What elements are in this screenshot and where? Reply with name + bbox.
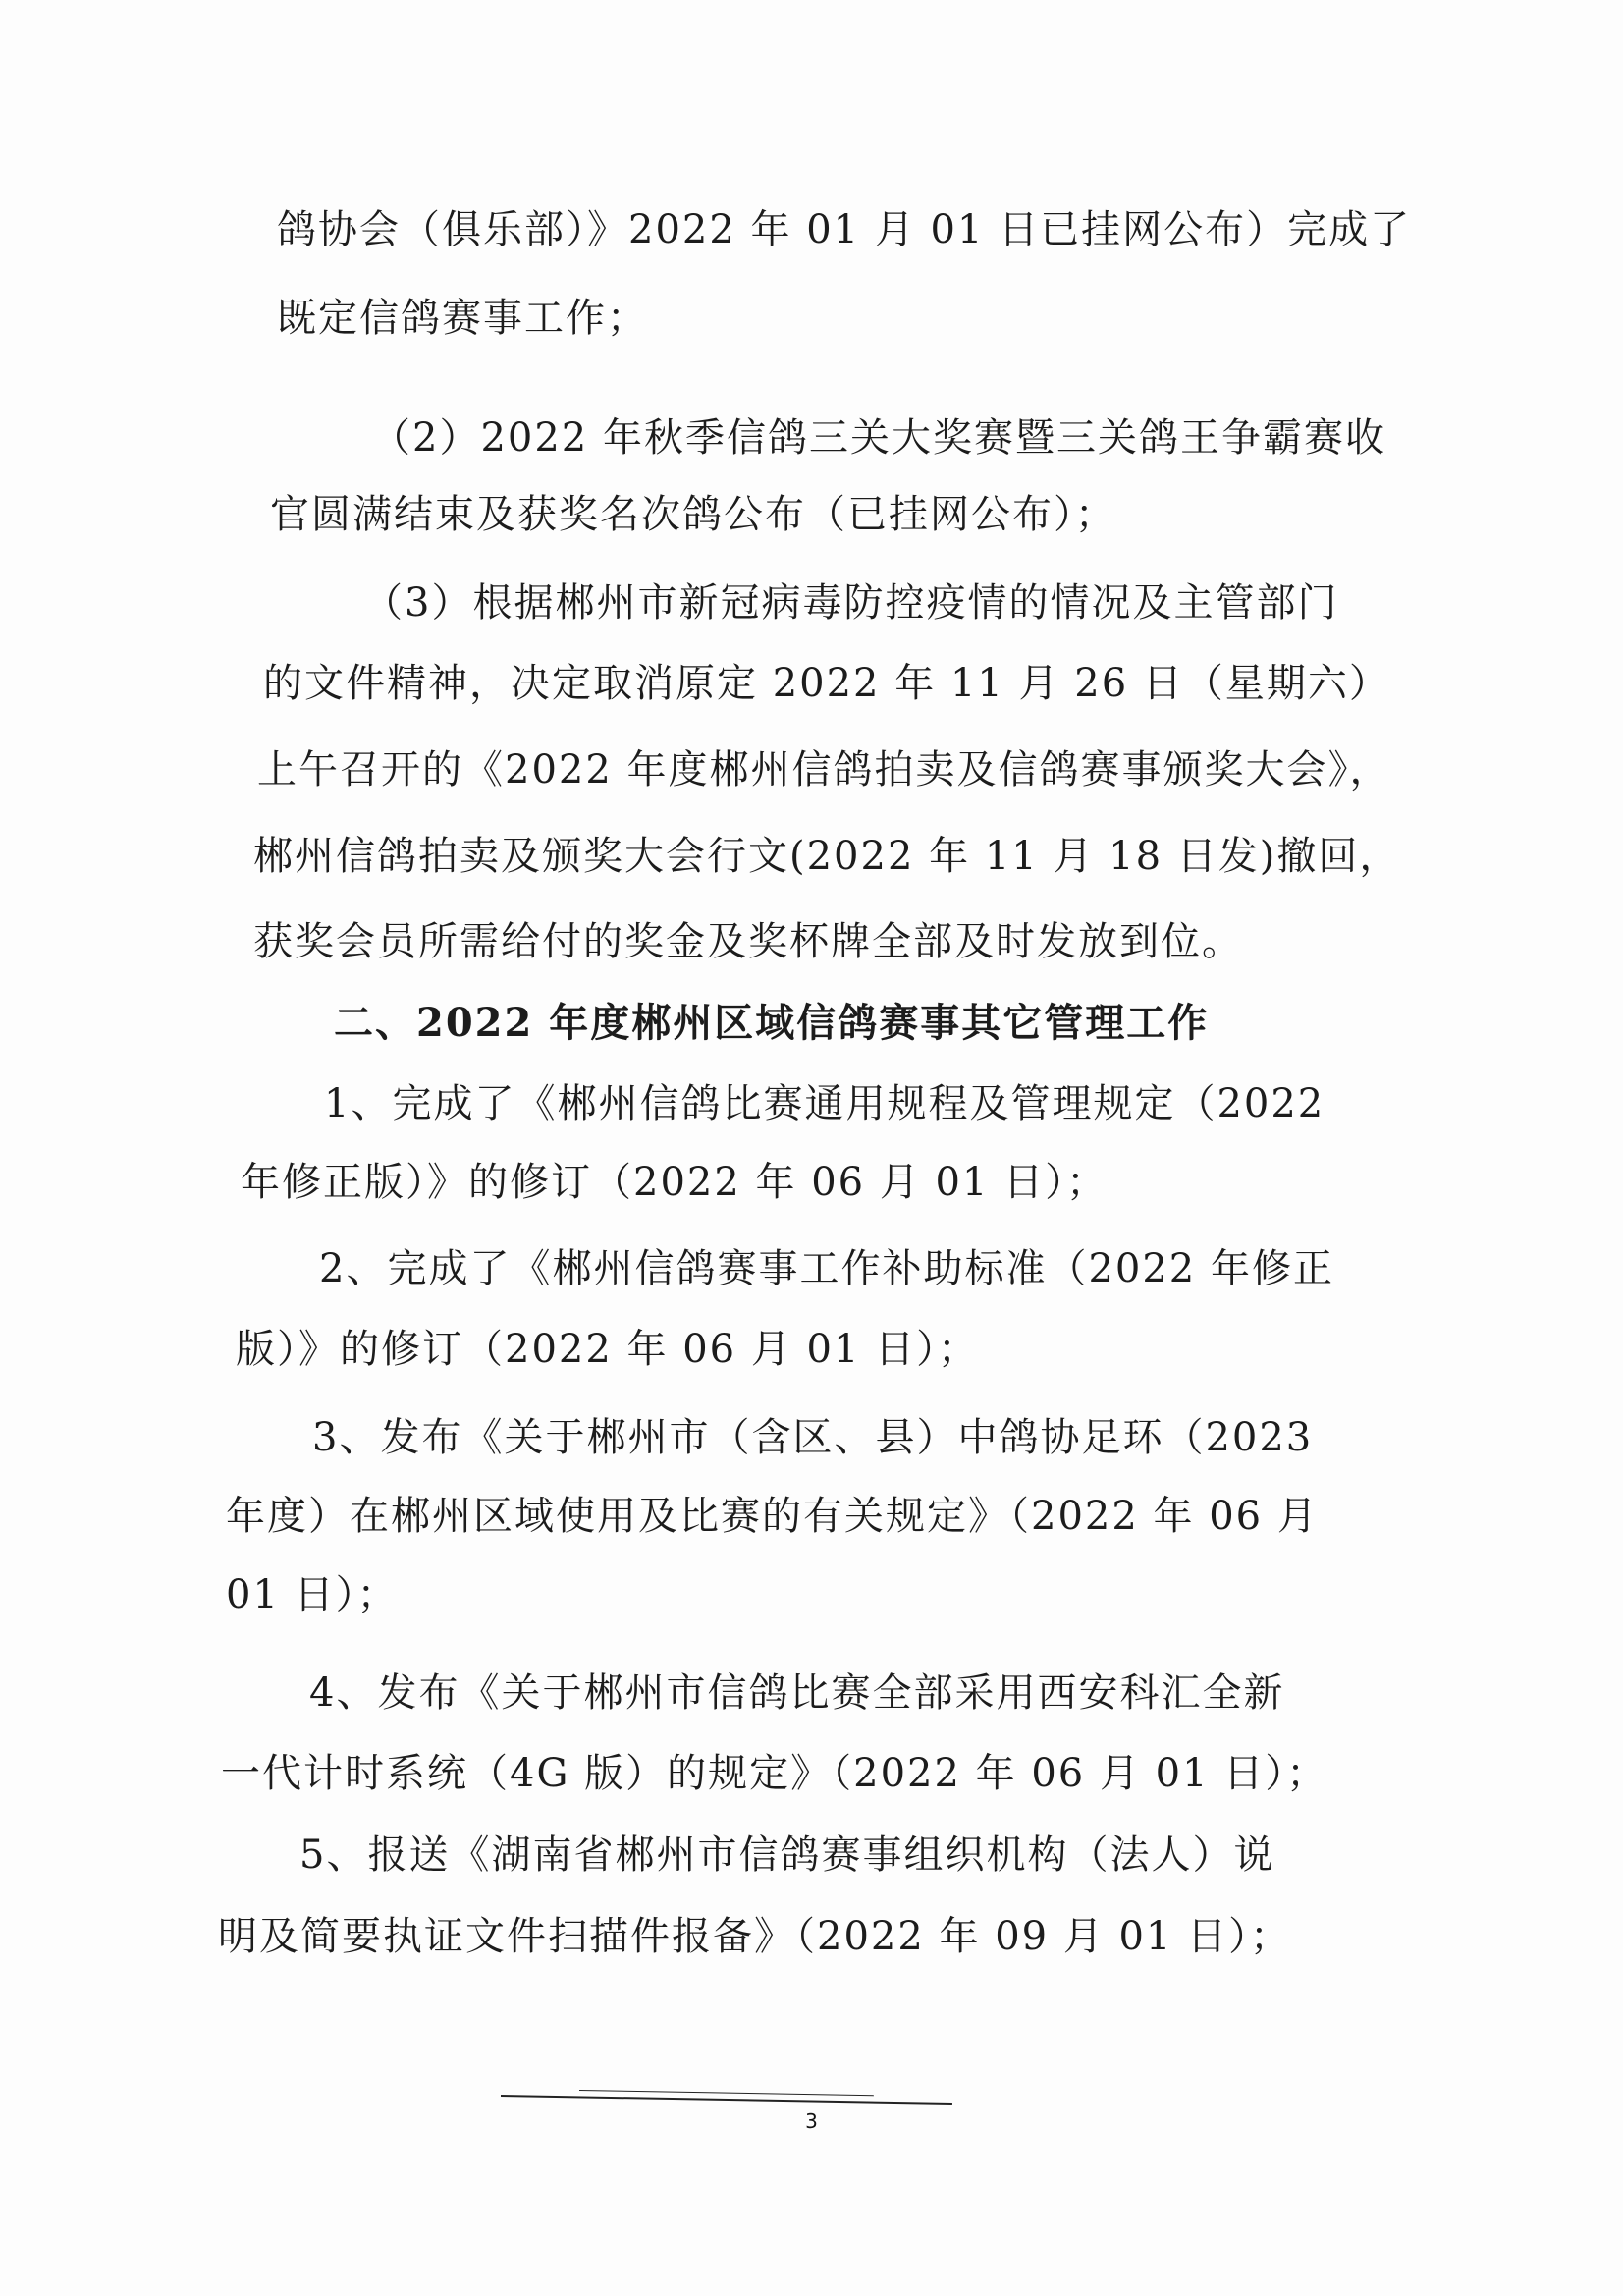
list-item-line: 年修正版）》的修订（2022 年 06 月 01 日）； [241, 1159, 1108, 1206]
paragraph-line-6: 的文件精神，决定取消原定 2022 年 11 月 26 日（星期六） [263, 660, 1390, 707]
paragraph-line-8: 郴州信鸽拍卖及颁奖大会行文(2022 年 11 月 18 日发)撤回， [253, 833, 1400, 880]
footer-divider [579, 2090, 874, 2096]
list-item-line: 3、发布《关于郴州市（含区、县）中鸽协足环（2023 [312, 1414, 1313, 1461]
paragraph-line-1: 鸽协会（俱乐部）》2022 年 01 月 01 日已挂网公布）完成了 [277, 206, 1411, 253]
section-heading: 二、2022 年度郴州区域信鸽赛事其它管理工作 [334, 1000, 1209, 1047]
paragraph-line-4: 官圆满结束及获奖名次鸽公布（已挂网公布）； [270, 491, 1116, 538]
paragraph-line-7: 上午召开的《2022 年度郴州信鸽拍卖及信鸽赛事颁奖大会》， [257, 746, 1391, 793]
footer-divider [501, 2095, 952, 2105]
list-item-line: 1、完成了《郴州信鸽比赛通用规程及管理规定（2022 [324, 1080, 1325, 1127]
list-item-line: 一代计时系统（4G 版）的规定》（2022 年 06 月 01 日）； [221, 1750, 1327, 1797]
list-item-line: 年度）在郴州区域使用及比赛的有关规定》（2022 年 06 月 [226, 1493, 1319, 1540]
list-item-line: 5、报送《湖南省郴州市信鸽赛事组织机构（法人）说 [299, 1831, 1274, 1879]
list-item-line: 明及简要执证文件扫描件报备》（2022 年 09 月 01 日）； [218, 1913, 1291, 1960]
page-number: 3 [0, 2109, 1623, 2133]
document-page: 鸽协会（俱乐部）》2022 年 01 月 01 日已挂网公布）完成了 既定信鸽赛… [0, 0, 1623, 2296]
paragraph-line-5: （3）根据郴州市新冠病毒防控疫情的情况及主管部门 [363, 579, 1338, 627]
list-item-line: 01 日）； [226, 1571, 399, 1618]
paragraph-line-9: 获奖会员所需给付的奖金及奖杯牌全部及时发放到位。 [253, 918, 1243, 965]
list-item-line: 2、完成了《郴州信鸽赛事工作补助标准（2022 年修正 [319, 1245, 1334, 1292]
list-item-line: 版）》的修订（2022 年 06 月 01 日）； [236, 1326, 979, 1373]
list-item-line: 4、发布《关于郴州市信鸽比赛全部采用西安科汇全新 [309, 1669, 1284, 1717]
paragraph-line-3: （2）2022 年秋季信鸽三关大奖赛暨三关鸽王争霸赛收 [371, 414, 1386, 462]
paragraph-line-2: 既定信鸽赛事工作； [277, 295, 648, 342]
